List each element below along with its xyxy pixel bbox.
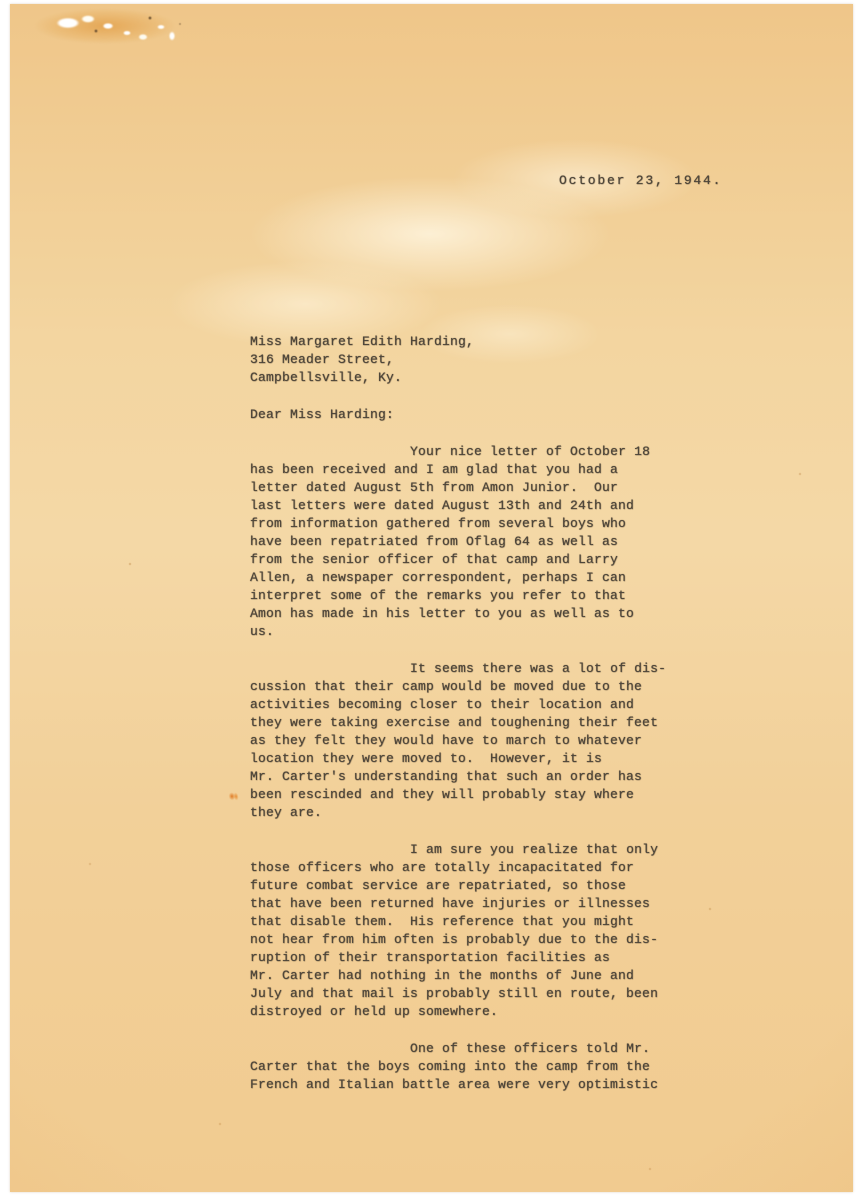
recipient-address: Miss Margaret Edith Harding, 316 Meader … (250, 333, 686, 387)
salutation: Dear Miss Harding: (250, 406, 686, 424)
letter-body: Miss Margaret Edith Harding, 316 Meader … (250, 333, 686, 1094)
paragraph-4: One of these officers told Mr. Carter th… (250, 1040, 686, 1094)
paragraph-2: It seems there was a lot of dis- cussion… (250, 660, 686, 822)
letter-page: October 23, 1944. Miss Margaret Edith Ha… (10, 4, 853, 1192)
paragraph-3: I am sure you realize that only those of… (250, 841, 686, 1021)
scan-background: October 23, 1944. Miss Margaret Edith Ha… (0, 0, 866, 1200)
orange-pencil-mark (228, 790, 239, 803)
correction-fluid-smudge (30, 6, 195, 50)
paragraph-1: Your nice letter of October 18 has been … (250, 443, 686, 641)
letter-date: October 23, 1944. (559, 172, 722, 190)
